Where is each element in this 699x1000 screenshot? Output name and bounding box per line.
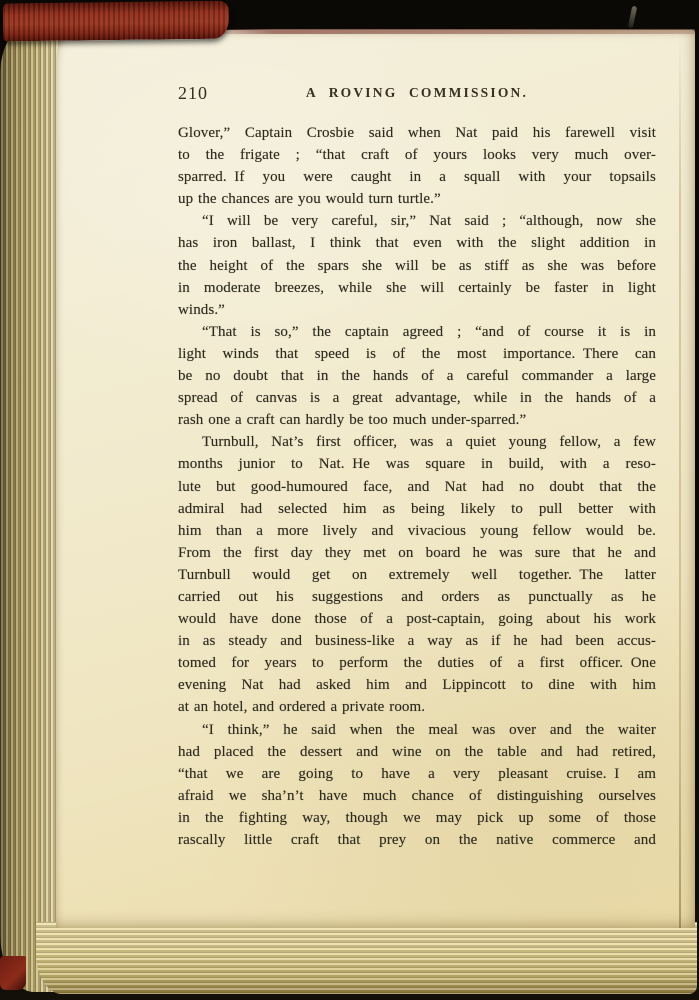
text-line: in as steady and business-like a way as …	[178, 630, 656, 652]
running-title: A ROVING COMMISSION.	[178, 82, 656, 104]
text-line: has iron ballast, I think that even with…	[178, 232, 656, 254]
paragraph-3: “That is so,” the captain agreed ; “and …	[178, 321, 656, 431]
text-line: “That is so,” the captain agreed ; “and …	[178, 321, 656, 343]
paragraph-5: “I think,” he said when the meal was ove…	[178, 719, 656, 852]
text-line: the height of the spars she will be as s…	[178, 255, 656, 277]
text-line: “I will be very careful, sir,” Nat said …	[178, 210, 656, 232]
text-line: From the first day they met on board he …	[178, 542, 656, 564]
text-line: “that we are going to have a very pleasa…	[178, 763, 656, 785]
page-header: 210 A ROVING COMMISSION.	[178, 82, 656, 104]
text-line: spread of canvas is a great advantage, w…	[178, 387, 656, 409]
text-line: to the frigate ; “that craft of yours lo…	[178, 144, 656, 166]
text-line: up the chances are you would turn turtle…	[178, 188, 656, 210]
paragraph-2: “I will be very careful, sir,” Nat said …	[178, 210, 656, 320]
text-line: “I think,” he said when the meal was ove…	[178, 719, 656, 741]
book-photo: 210 A ROVING COMMISSION. Glover,” Captai…	[0, 0, 699, 1000]
page-edges-left	[0, 24, 62, 992]
page-top-edge	[206, 29, 695, 34]
text-line: afraid we sha’n’t have much chance of di…	[178, 785, 656, 807]
text-line: months junior to Nat. He was square in b…	[178, 453, 656, 475]
page-body: Glover,” Captain Crosbie said when Nat p…	[178, 122, 656, 851]
text-line: at an hotel, and ordered a private room.	[178, 696, 656, 718]
text-line: evening Nat had asked him and Lippincott…	[178, 674, 656, 696]
text-line: in the fighting way, though we may pick …	[178, 807, 656, 829]
page-number: 210	[178, 82, 208, 104]
text-line: be no doubt that in the hands of a caref…	[178, 365, 656, 387]
text-line: Glover,” Captain Crosbie said when Nat p…	[178, 122, 656, 144]
dust-mark	[628, 6, 637, 29]
text-line: admiral had selected him as being likely…	[178, 498, 656, 520]
paragraph-1: Glover,” Captain Crosbie said when Nat p…	[178, 122, 656, 210]
text-line: tomed for years to perform the duties of…	[178, 652, 656, 674]
text-line: light winds that speed is of the most im…	[178, 343, 656, 365]
text-line: Turnbull, Nat’s first officer, was a qui…	[178, 431, 656, 453]
text-line: rash one a craft can hardly be too much …	[178, 409, 656, 431]
page-edges-bottom	[36, 922, 697, 994]
page-content: 210 A ROVING COMMISSION. Glover,” Captai…	[178, 82, 656, 851]
text-line: in moderate breezes, while she will cert…	[178, 277, 656, 299]
book-cover-bottom-sliver	[0, 956, 26, 990]
text-line: carried out his suggestions and orders a…	[178, 586, 656, 608]
text-line: sparred. If you were caught in a squall …	[178, 166, 656, 188]
text-line: rascally little craft that prey on the n…	[178, 829, 656, 851]
text-line: would have done those of a post-captain,…	[178, 608, 656, 630]
text-line: winds.”	[178, 299, 656, 321]
text-line: had placed the dessert and wine on the t…	[178, 741, 656, 763]
text-line: him than a more lively and vivacious you…	[178, 520, 656, 542]
book-page: 210 A ROVING COMMISSION. Glover,” Captai…	[56, 30, 695, 928]
text-line: Turnbull would get on extremely well tog…	[178, 564, 656, 586]
book-cover-cloth	[3, 1, 229, 42]
text-line: lute but good-humoured face, and Nat had…	[178, 476, 656, 498]
paragraph-4: Turnbull, Nat’s first officer, was a qui…	[178, 431, 656, 718]
